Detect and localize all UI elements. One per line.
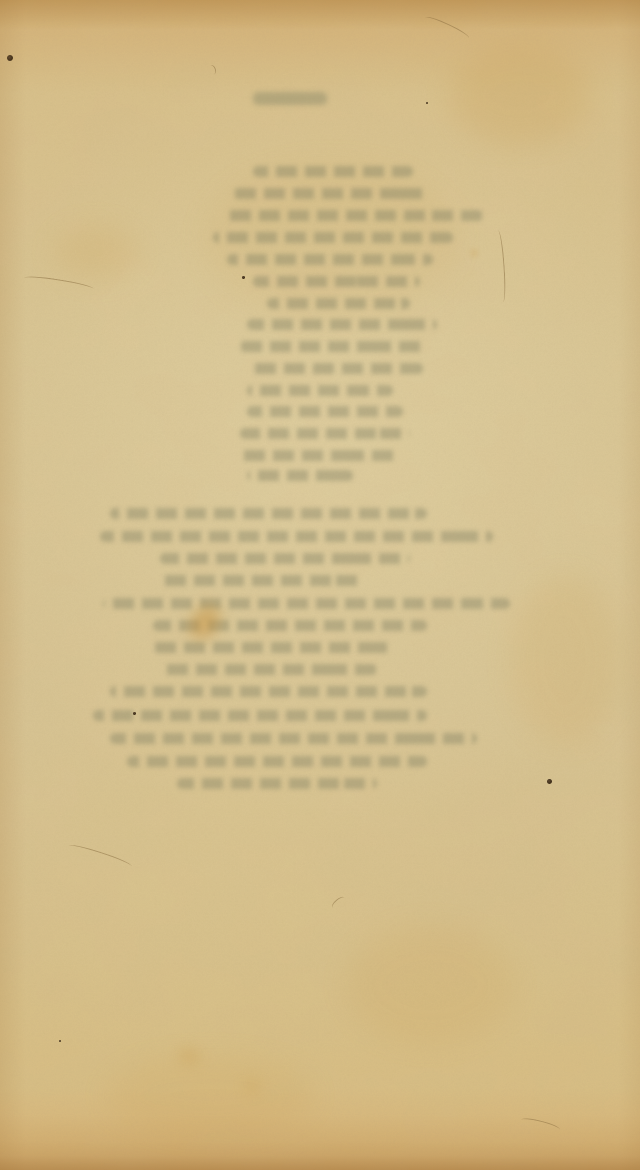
paper-fiber [24,274,94,293]
ghost-text-line [247,470,353,481]
ghost-text-line [240,428,410,439]
discoloration-patch [105,1055,315,1135]
ghost-text-line [103,598,510,609]
paper-fiber [424,14,471,42]
ghost-text-line [110,686,427,697]
ghost-text-line [153,620,427,631]
ink-speck [242,276,245,279]
ghost-text-line [253,166,413,177]
paper-mottling [0,0,640,1170]
ghost-text-line [100,531,493,542]
ghost-text-line [160,553,410,564]
ghost-text-line [240,450,397,461]
ghost-text-line [110,508,427,519]
paper-grain-texture [0,0,640,1170]
bleed-through-text [0,0,640,1170]
paper-fiber [494,230,507,302]
discoloration-patch [200,160,460,320]
ghost-text-line [253,276,420,287]
ghost-text-line [227,254,433,265]
paper-fiber [520,1116,561,1133]
ghost-text-line [110,733,477,744]
ghost-text-line [93,710,427,721]
bleed-through-heading [253,92,327,105]
ghost-text-line [267,298,410,309]
ghost-text-line [247,385,393,396]
discoloration-patch [53,225,138,280]
ink-speck [59,1040,61,1042]
ink-speck [426,102,428,104]
foxing-stain [239,1075,265,1099]
ink-speck [7,55,13,61]
ghost-text-line [127,756,427,767]
paper-fiber [68,842,133,870]
foxing-stain [168,583,241,660]
ghost-text-line [247,363,423,374]
ghost-text-line [213,232,453,243]
ghost-text-line [160,664,377,675]
foxing-stain [169,1038,210,1074]
ghost-text-line [240,341,427,352]
ghost-text-line [153,642,393,653]
ghost-text-line [223,210,483,221]
ink-speck [133,712,136,715]
paper-fiber [330,895,347,911]
ghost-text-line [233,188,428,199]
ghost-text-line [247,406,403,417]
ghost-text-line [177,778,377,789]
book-page-scan [0,0,640,1170]
ghost-text-line [247,319,437,330]
discoloration-patch [345,925,515,1045]
foxing-stain [469,247,479,259]
ink-speck [547,779,552,784]
discoloration-patch [450,45,590,145]
paper-fiber [206,64,217,76]
page-artifacts [0,0,640,1170]
discoloration-patch [510,575,620,745]
page-vignette [0,0,640,1170]
ghost-text-line [160,575,360,586]
